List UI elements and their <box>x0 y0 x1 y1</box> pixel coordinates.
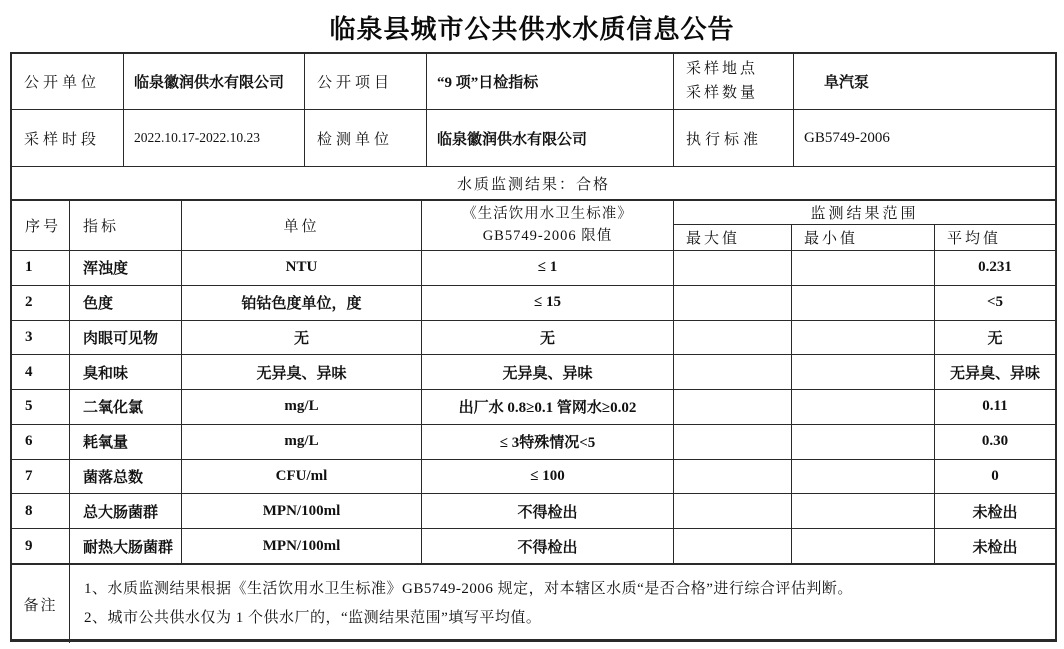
row-limit: 不得检出 <box>422 529 674 564</box>
standard-label: 执行标准 <box>674 110 794 167</box>
row-avg-value: 无异臭、异味 <box>935 355 1055 390</box>
row-unit: MPN/100ml <box>182 494 422 529</box>
row-indicator: 耐热大肠菌群 <box>70 529 182 564</box>
row-indicator: 二氧化氯 <box>70 390 182 425</box>
row-avg-value: 0.11 <box>935 390 1055 425</box>
header-unit: 单位 <box>182 201 422 251</box>
row-max-value <box>674 494 792 529</box>
row-avg-value: 无 <box>935 321 1055 356</box>
sampling-site-label-line2: 采样数量 <box>686 82 758 105</box>
row-min-value <box>792 390 935 425</box>
table-header: 序号 指标 单位 《生活饮用水卫生标准》 GB5749-2006 限值 监测结果… <box>12 200 1055 251</box>
test-unit-value: 临泉徽润供水有限公司 <box>427 110 674 167</box>
remarks-line1: 1、水质监测结果根据《生活饮用水卫生标准》GB5749-2006 规定，对本辖区… <box>84 575 853 604</box>
row-min-value <box>792 494 935 529</box>
open-unit-label: 公开单位 <box>12 54 124 110</box>
sampling-period-value: 2022.10.17-2022.10.23 <box>124 110 305 167</box>
result-banner: 水质监测结果：合格 <box>12 167 1055 200</box>
header-limit-line1: 《生活饮用水卫生标准》 <box>462 204 633 226</box>
row-unit: 无 <box>182 321 422 356</box>
row-limit: 出厂水 0.8≥0.1 管网水≥0.02 <box>422 390 674 425</box>
row-avg-value: 未检出 <box>935 529 1055 564</box>
row-avg-value: 未检出 <box>935 494 1055 529</box>
row-max-value <box>674 321 792 356</box>
row-indicator: 色度 <box>70 286 182 321</box>
row-max-value <box>674 251 792 286</box>
water-quality-rows: 1 浑浊度 NTU ≤ 1 0.231 2 色度 铂钴色度单位，度 ≤ 15 <… <box>12 251 1055 564</box>
row-limit: 无异臭、异味 <box>422 355 674 390</box>
row-max-value <box>674 460 792 495</box>
row-seq: 9 <box>12 529 70 564</box>
row-limit: ≤ 100 <box>422 460 674 495</box>
header-limit-line2: GB5749-2006 限值 <box>483 226 613 248</box>
row-min-value <box>792 286 935 321</box>
header-avg: 平均值 <box>935 225 1055 251</box>
sampling-period-label: 采样时段 <box>12 110 124 167</box>
row-unit: CFU/ml <box>182 460 422 495</box>
test-unit-label: 检测单位 <box>305 110 427 167</box>
row-seq: 6 <box>12 425 70 460</box>
row-max-value <box>674 390 792 425</box>
row-indicator: 耗氧量 <box>70 425 182 460</box>
row-avg-value: 0.30 <box>935 425 1055 460</box>
row-min-value <box>792 251 935 286</box>
header-min: 最小值 <box>792 225 935 251</box>
row-unit: mg/L <box>182 425 422 460</box>
row-max-value <box>674 286 792 321</box>
remarks-label: 备注 <box>12 565 70 643</box>
row-limit: ≤ 15 <box>422 286 674 321</box>
row-min-value <box>792 321 935 356</box>
row-seq: 5 <box>12 390 70 425</box>
row-avg-value: 0.231 <box>935 251 1055 286</box>
row-unit: mg/L <box>182 390 422 425</box>
row-indicator: 浑浊度 <box>70 251 182 286</box>
row-max-value <box>674 355 792 390</box>
row-max-value <box>674 425 792 460</box>
row-max-value <box>674 529 792 564</box>
remarks-line2: 2、城市公共供水仅为 1 个供水厂的，“监测结果范围”填写平均值。 <box>84 604 541 633</box>
row-unit: 铂钴色度单位，度 <box>182 286 422 321</box>
row-indicator: 总大肠菌群 <box>70 494 182 529</box>
row-indicator: 菌落总数 <box>70 460 182 495</box>
open-item-value: “9 项”日检指标 <box>427 54 674 110</box>
page-title: 临泉县城市公共供水水质信息公告 <box>0 9 1064 46</box>
row-seq: 4 <box>12 355 70 390</box>
open-item-label: 公开项目 <box>305 54 427 110</box>
row-seq: 8 <box>12 494 70 529</box>
row-limit: 无 <box>422 321 674 356</box>
row-indicator: 臭和味 <box>70 355 182 390</box>
sampling-site-label: 采样地点 采样数量 <box>674 54 794 110</box>
sampling-site-label-line1: 采样地点 <box>686 58 758 81</box>
row-min-value <box>792 529 935 564</box>
row-indicator: 肉眼可见物 <box>70 321 182 356</box>
water-quality-table: 公开单位 临泉徽润供水有限公司 公开项目 “9 项”日检指标 采样地点 采样数量… <box>10 52 1057 642</box>
row-seq: 7 <box>12 460 70 495</box>
header-seq: 序号 <box>12 201 70 251</box>
row-seq: 1 <box>12 251 70 286</box>
header-indicator: 指标 <box>70 201 182 251</box>
open-unit-value: 临泉徽润供水有限公司 <box>124 54 305 110</box>
row-unit: 无异臭、异味 <box>182 355 422 390</box>
row-limit: 不得检出 <box>422 494 674 529</box>
row-limit: ≤ 3特殊情况<5 <box>422 425 674 460</box>
row-seq: 3 <box>12 321 70 356</box>
row-min-value <box>792 425 935 460</box>
header-range-group: 监测结果范围 <box>674 201 1055 225</box>
header-limit: 《生活饮用水卫生标准》 GB5749-2006 限值 <box>422 201 674 251</box>
row-avg-value: 0 <box>935 460 1055 495</box>
sampling-site-value: 阜汽泵 <box>794 54 1055 110</box>
row-limit: ≤ 1 <box>422 251 674 286</box>
remarks-section: 备注 1、水质监测结果根据《生活饮用水卫生标准》GB5749-2006 规定，对… <box>12 564 1055 643</box>
standard-value: GB5749-2006 <box>794 110 1055 167</box>
remarks-body: 1、水质监测结果根据《生活饮用水卫生标准》GB5749-2006 规定，对本辖区… <box>70 565 1057 643</box>
row-seq: 2 <box>12 286 70 321</box>
row-avg-value: <5 <box>935 286 1055 321</box>
info-section: 公开单位 临泉徽润供水有限公司 公开项目 “9 项”日检指标 采样地点 采样数量… <box>12 54 1055 167</box>
row-min-value <box>792 355 935 390</box>
header-max: 最大值 <box>674 225 792 251</box>
row-unit: MPN/100ml <box>182 529 422 564</box>
row-unit: NTU <box>182 251 422 286</box>
row-min-value <box>792 460 935 495</box>
